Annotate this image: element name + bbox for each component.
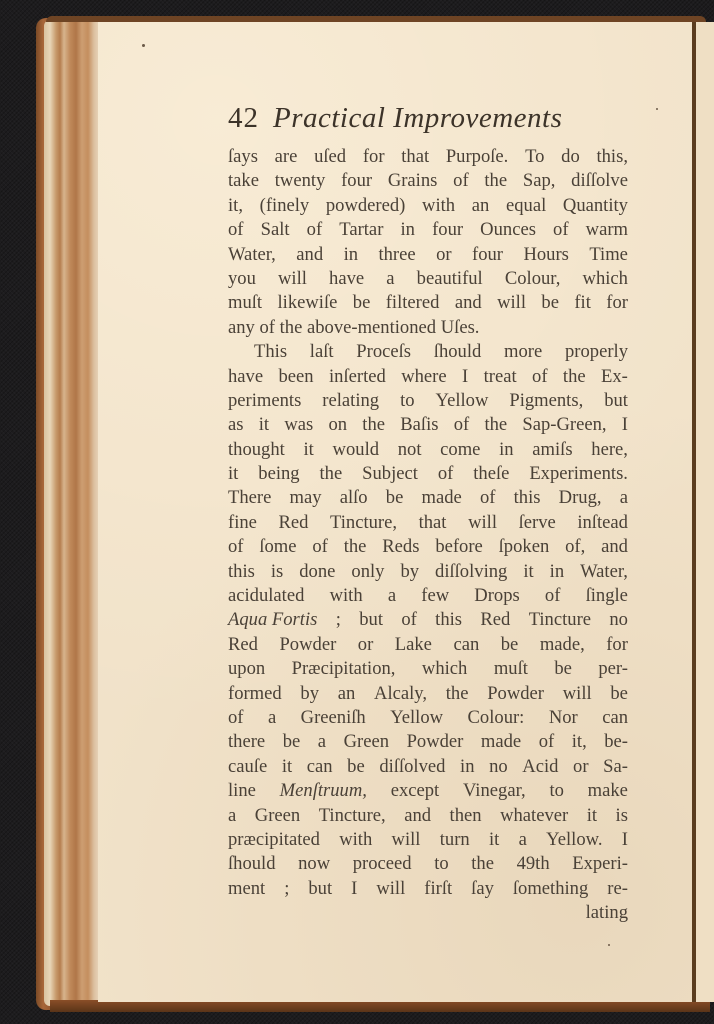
facing-page-edge xyxy=(696,22,714,1002)
text-line: lating xyxy=(228,901,628,925)
text-line: ſhouldnowproceedtothe49thExperi- xyxy=(228,852,628,876)
text-line: Aqua Fortis;butofthisRedTinctureno xyxy=(228,608,628,632)
text-line: formedbyanAlcaly,thePowderwillbe xyxy=(228,682,628,706)
text-line: ſaysareuſedforthatPurpoſe.Todothis, xyxy=(228,145,628,169)
text-line: it,(finelypowdered)withanequalQuantity xyxy=(228,194,628,218)
text-line: fineRedTincture,thatwillſerveinſtead xyxy=(228,511,628,535)
text-line: Water,andinthreeorfourHoursTime xyxy=(228,243,628,267)
foxing-spot xyxy=(142,44,145,47)
text-line: muſtlikewiſebefilteredandwillbefitfor xyxy=(228,291,628,315)
text-line: uponPræcipitation,whichmuſtbeper- xyxy=(228,657,628,681)
text-line: ofaGreeniſhYellowColour:Norcan xyxy=(228,706,628,730)
text-line: thisisdoneonlybydiſſolvingitinWater, xyxy=(228,560,628,584)
text-line: præcipitatedwithwillturnitaYellow.I xyxy=(228,828,628,852)
page-stack-edge xyxy=(44,20,100,1006)
text-line: thoughtitwouldnotcomeinamiſshere, xyxy=(228,438,628,462)
foxing-spot xyxy=(608,944,610,946)
text-line: ofſomeoftheRedsbeforeſpokenof,and xyxy=(228,535,628,559)
page-number: 42 xyxy=(228,102,259,135)
text-line: taketwentyfourGrainsoftheSap,diſſolve xyxy=(228,169,628,193)
text-line: RedPowderorLakecanbemade,for xyxy=(228,633,628,657)
text-line: itbeingtheSubjectoftheſeExperiments. xyxy=(228,462,628,486)
running-title: Practical Improvements xyxy=(273,102,562,135)
text-line: therebeaGreenPowdermadeofit,be- xyxy=(228,730,628,754)
running-head: 42 Practical Improvements xyxy=(228,102,628,142)
text-line: ofSaltofTartarinfourOuncesofwarm xyxy=(228,218,628,242)
text-line: ThislaſtProceſsſhouldmoreproperly xyxy=(228,340,628,364)
text-line: ment;butIwillfirſtſayſomethingre- xyxy=(228,877,628,901)
text-line: havebeeninſertedwhereItreatoftheEx- xyxy=(228,365,628,389)
text-line: acidulatedwithafewDropsofſingle xyxy=(228,584,628,608)
body-text: ſaysareuſedforthatPurpoſe.Todothis,taket… xyxy=(228,145,628,926)
text-line: perimentsrelatingtoYellowPigments,but xyxy=(228,389,628,413)
text-line: lineMenſtruum,exceptVinegar,tomake xyxy=(228,779,628,803)
text-line: aGreenTincture,andthenwhateveritis xyxy=(228,804,628,828)
text-line: TheremayalſobemadeofthisDrug,a xyxy=(228,486,628,510)
text-line: any of the above-mentioned Uſes. xyxy=(228,316,628,340)
text-line: asitwasontheBaſisoftheSap-Green,I xyxy=(228,413,628,437)
text-line: youwillhaveabeautifulColour,which xyxy=(228,267,628,291)
foxing-spot xyxy=(656,108,658,110)
text-line: cauſeitcanbediſſolvedinnoAcidorSa- xyxy=(228,755,628,779)
